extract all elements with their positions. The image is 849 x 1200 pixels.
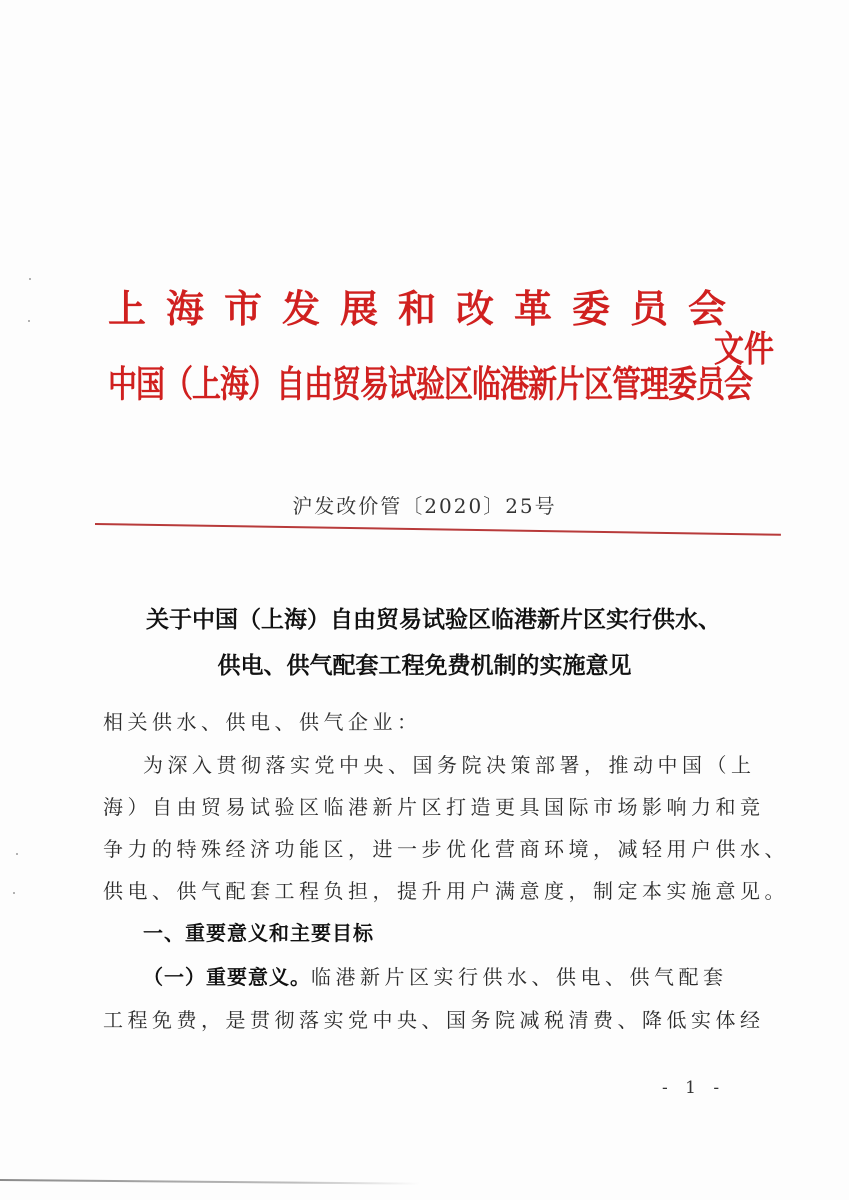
section-heading: 一、重要意义和主要目标 [143, 913, 374, 953]
document-page: 上海市发展和改革委员会 中国（上海）自由贸易试验区临港新片区管理委员会 文件 沪… [0, 0, 849, 1200]
scan-speck [13, 892, 15, 894]
subsection-line: 工程免费，是贯彻落实党中央、国务院减税清费、降低实体经 [103, 1000, 729, 1040]
document-number: 沪发改价管〔2020〕25号 [0, 490, 849, 519]
document-title-line-1: 关于中国（上海）自由贸易试验区临港新片区实行供水、 [0, 598, 849, 642]
intro-line: 为深入贯彻落实党中央、国务院决策部署，推动中国（上 [143, 745, 769, 785]
scan-speck [29, 278, 31, 280]
intro-line: 争力的特殊经济功能区，进一步优化营商环境，减轻用户供水、 [103, 829, 729, 869]
intro-line: 供电、供气配套工程负担，提升用户满意度，制定本实施意见。 [103, 871, 729, 911]
issuer-line-1: 上海市发展和改革委员会 [108, 282, 708, 336]
page-number: - 1 - [662, 1078, 725, 1098]
scan-speck [28, 320, 30, 322]
subsection-text: 临港新片区实行供水、供电、供气配套 [311, 965, 728, 989]
red-divider-rule [95, 523, 781, 536]
issuer-line-2: 中国（上海）自由贸易试验区临港新片区管理委员会 [108, 350, 752, 418]
scan-speck [16, 853, 18, 855]
scan-edge-artifact [0, 1179, 420, 1185]
document-type-suffix: 文件 [714, 326, 774, 374]
addressee: 相关供水、供电、供气企业： [103, 702, 729, 742]
document-title-line-2: 供电、供气配套工程免费机制的实施意见 [0, 644, 849, 688]
intro-line: 海）自由贸易试验区临港新片区打造更具国际市场影响力和竞 [103, 787, 729, 827]
subsection-line: （一）重要意义。临港新片区实行供水、供电、供气配套 [143, 957, 769, 997]
subsection-lead: （一）重要意义。 [143, 965, 311, 989]
